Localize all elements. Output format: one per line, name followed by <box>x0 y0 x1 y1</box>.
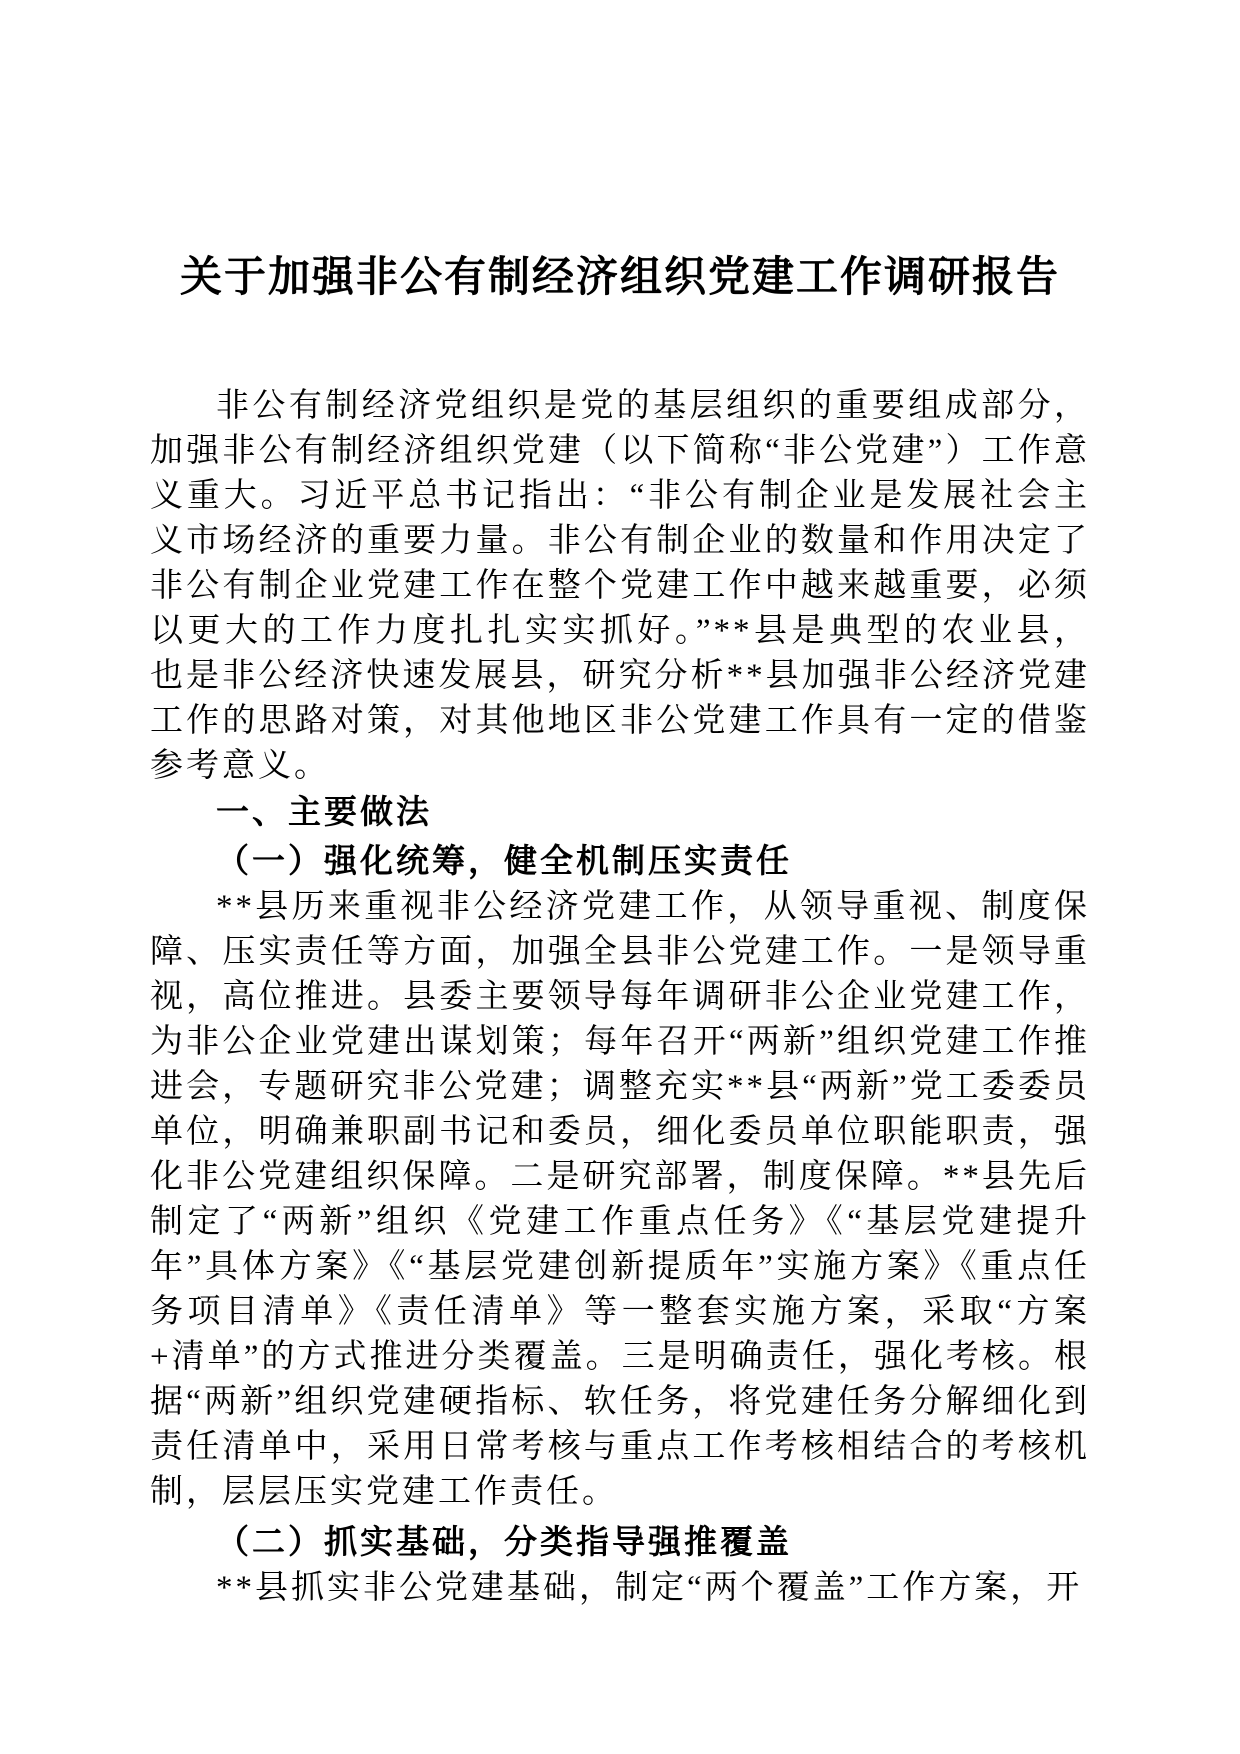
subsection-heading-1: （一）强化统筹，健全机制压实责任 <box>150 840 1090 885</box>
document-page: 关于加强非公有制经济组织党建工作调研报告 非公有制经济党组织是党的基层组织的重要… <box>0 0 1240 1754</box>
paragraph-intro: 非公有制经济党组织是党的基层组织的重要组成部分，加强非公有制经济组织党建（以下简… <box>150 384 1090 789</box>
subsection-heading-2: （二）抓实基础，分类指导强推覆盖 <box>150 1521 1090 1566</box>
section-heading-main-practices: 一、主要做法 <box>150 789 1090 834</box>
paragraph-subsection-2-body: **县抓实非公党建基础，制定“两个覆盖”工作方案，开 <box>150 1566 1090 1611</box>
document-title: 关于加强非公有制经济组织党建工作调研报告 <box>150 252 1090 304</box>
paragraph-subsection-1-body: **县历来重视非公经济党建工作，从领导重视、制度保障、压实责任等方面，加强全县非… <box>150 885 1090 1515</box>
